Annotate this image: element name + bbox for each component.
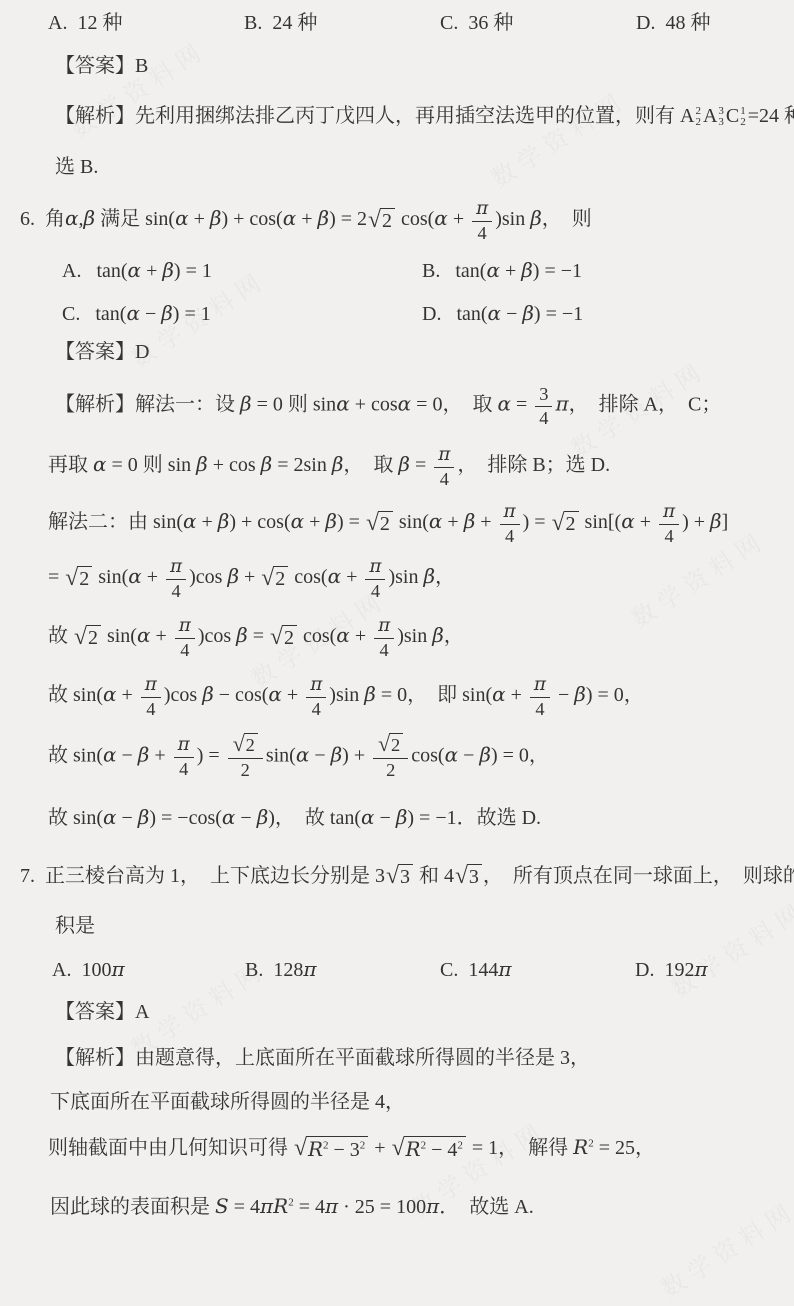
q6-analysis-method1-line2: 再取 α = 0 则 sin β + cos β = 2sin β， 取 β =… bbox=[48, 444, 610, 489]
q6-options-row-cd: C. tan(α − β) = 1D. tan(α − β) = −1 bbox=[62, 301, 583, 327]
q7-analysis-line3: 则轴截面中由几何知识可得 √R2 − 32 + √R2 − 42 = 1， 解得… bbox=[48, 1135, 655, 1163]
document-page: 数学资料网数学资料网数学资料网数学资料网数学资料网数学资料网数学资料网数学资料网… bbox=[0, 0, 794, 1306]
watermark-text: 数学资料网 bbox=[663, 891, 794, 1005]
q5-analysis: 【解析】先利用捆绑法排乙丙丁戊四人，再用插空法选甲的位置，则有 A22A33C1… bbox=[55, 104, 794, 129]
q5-answer: 【答案】B bbox=[55, 54, 148, 79]
q5-option-b: B. 24 种 bbox=[244, 11, 440, 36]
q6-option-b: B. tan(α + β) = −1 bbox=[422, 258, 582, 284]
q7-options-row: A. 100πB. 128πC. 144πD. 192π bbox=[52, 957, 708, 983]
q5-conclusion: 选 B. bbox=[55, 155, 98, 180]
q6-options-row-ab: A. tan(α + β) = 1B. tan(α + β) = −1 bbox=[62, 258, 582, 284]
q6-stem: 6. 角α,β 满足 sin(α + β) + cos(α + β) = 2√2… bbox=[20, 198, 592, 243]
q6-option-d: D. tan(α − β) = −1 bbox=[422, 301, 583, 327]
q6-answer: 【答案】D bbox=[55, 340, 149, 365]
q6-analysis-method2-line5: 故 sin(α − β + π4) = √22sin(α − β) + √22c… bbox=[48, 733, 549, 781]
q7-option-b: B. 128π bbox=[245, 957, 440, 983]
q6-analysis-method2-line1: 解法二：由 sin(α + β) + cos(α + β) = √2 sin(α… bbox=[48, 501, 728, 546]
q6-analysis-method2-line3: 故 √2 sin(α + π4)cos β = √2 cos(α + π4)si… bbox=[48, 615, 464, 660]
watermark-text: 数学资料网 bbox=[653, 1191, 794, 1305]
q6-analysis-method2-line2: = √2 sin(α + π4)cos β + √2 cos(α + π4)si… bbox=[48, 556, 455, 601]
q5-option-a: A. 12 种 bbox=[48, 11, 244, 36]
q5-options-row: A. 12 种B. 24 种C. 36 种D. 48 种 bbox=[48, 10, 710, 36]
q5-option-c: C. 36 种 bbox=[440, 11, 636, 36]
q7-option-c: C. 144π bbox=[440, 957, 635, 983]
q7-analysis-line1: 【解析】由题意得，上底面所在平面截球所得圆的半径是 3， bbox=[55, 1046, 590, 1071]
q6-analysis-method2-line6: 故 sin(α − β) = −cos(α − β)， 故 tan(α − β)… bbox=[48, 805, 541, 831]
q7-analysis-line4: 因此球的表面积是 S = 4πR2 = 4π · 25 = 100π． 故选 A… bbox=[50, 1194, 534, 1220]
q7-answer: 【答案】A bbox=[55, 1000, 149, 1025]
q7-stem-line1: 7. 正三棱台高为 1， 上下底边长分别是 3√3 和 4√3， 所有顶点在同一… bbox=[20, 864, 794, 890]
q7-option-a: A. 100π bbox=[52, 957, 245, 983]
q6-analysis-method1-line1: 【解析】解法一：设 β = 0 则 sinα + cosα = 0， 取 α =… bbox=[55, 384, 721, 428]
q7-analysis-line2: 下底面所在平面截球所得圆的半径是 4， bbox=[50, 1090, 405, 1115]
q7-option-d: D. 192π bbox=[635, 957, 708, 983]
q5-option-d: D. 48 种 bbox=[636, 11, 710, 36]
q6-analysis-method2-line4: 故 sin(α + π4)cos β − cos(α + π4)sin β = … bbox=[48, 674, 644, 719]
q7-stem-line2: 积是 bbox=[55, 914, 95, 939]
q6-option-a: A. tan(α + β) = 1 bbox=[62, 258, 422, 284]
watermark-text: 数学资料网 bbox=[483, 81, 632, 195]
q6-option-c: C. tan(α − β) = 1 bbox=[62, 301, 422, 327]
